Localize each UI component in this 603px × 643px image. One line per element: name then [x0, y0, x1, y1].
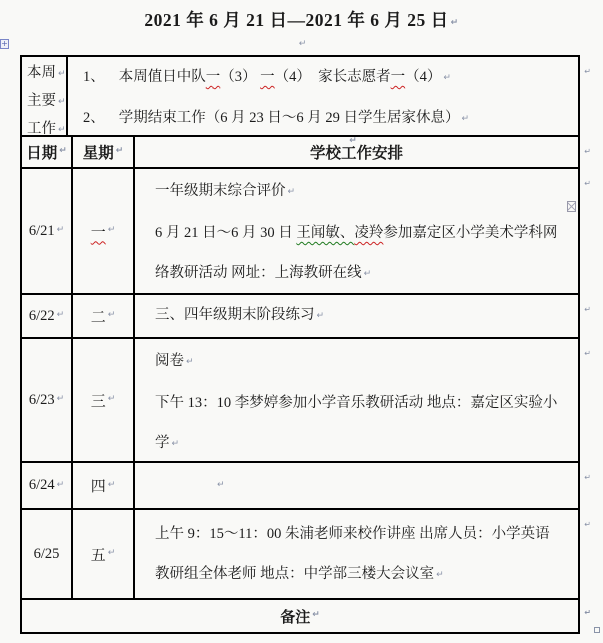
schedule-row-621: 6/21↵ 一↵ 一年级期末综合评价↵ 6 月 21 日～6 月 30 日 王闻… [22, 169, 578, 295]
summary-label-text: 工作 [27, 121, 56, 137]
content-line: 6 月 21 日～6 月 30 日 王闻敏、凌羚参加嘉定区小学美术学科网 [155, 213, 570, 253]
row-end-mark: ↵ [584, 520, 591, 529]
weekday-header-label: 星期 [83, 141, 114, 163]
weekday-value: 五 [91, 544, 106, 565]
list-number: 1、 [83, 69, 105, 85]
paragraph-mark: ↵ [186, 357, 194, 367]
content-text: 下午 13：10 李梦婷参加小学音乐教研活动 地点：嘉定区实验小 [155, 395, 557, 411]
paragraph-mark: ↵ [312, 610, 320, 620]
content-text: 三、四年级期末阶段练习 [155, 307, 315, 323]
date-value: 6/23 [29, 392, 55, 409]
paragraph-mark: ↵ [58, 69, 66, 79]
summary-label-text: 主要 [27, 93, 56, 109]
summary-item-2: 2、学期结束工作（6 月 23 日～6 月 29 日学生居家休息）↵ [83, 99, 572, 140]
content-line: 一年级期末综合评价↵ [155, 171, 570, 213]
empty-paragraph[interactable]: ↵ [0, 34, 603, 50]
schedule-row-625: 6/25 五↵ 上午 9：15～11：00 朱浦老师来校作讲座 出席人员：小学英… [22, 510, 578, 600]
paragraph-mark: ↵ [364, 269, 372, 279]
weekday-value: 三 [91, 390, 106, 411]
date-value: 6/22 [29, 308, 55, 325]
paragraph-mark: ↵ [57, 310, 65, 320]
paragraph-mark: ↵ [57, 394, 65, 404]
content-cell[interactable]: 三、四年级期末阶段练习↵ [135, 295, 578, 337]
paragraph-mark: ↵ [108, 310, 116, 320]
paragraph-mark: ↵ [58, 125, 66, 135]
row-end-mark: ↵ [584, 608, 591, 617]
date-cell[interactable]: 6/23↵ [22, 339, 73, 461]
content-line: 下午 13：10 李梦婷参加小学音乐教研活动 地点：嘉定区实验小 [155, 383, 570, 423]
row-end-mark: ↵ [584, 179, 591, 188]
content-line: 学↵ [155, 423, 570, 465]
list-number: 2、 [83, 110, 105, 126]
summary-row: 本周↵ 主要↵ 工作↵ 1、本周值日中队一（3） 一（4） 家长志愿者一（4）↵… [22, 57, 578, 137]
weekday-value: 二 [91, 306, 106, 327]
paragraph-mark: ↵ [57, 480, 65, 490]
schedule-row-622: 6/22↵ 二↵ 三、四年级期末阶段练习↵ ↵ [22, 295, 578, 339]
spellcheck-error-text: 一 [91, 221, 106, 242]
content-line: 络教研活动 网址：上海教研在线↵ [155, 253, 570, 295]
content-text: 上午 9：15～11：00 朱浦老师来校作讲座 出席人员：小学英语 [155, 526, 550, 542]
paragraph-mark: ↵ [462, 114, 470, 124]
row-end-mark: ↵ [584, 349, 591, 358]
paragraph-mark: ↵ [59, 146, 67, 156]
paragraph-mark: ↵ [108, 225, 116, 235]
summary-text: 本周值日中队 [119, 69, 206, 85]
summary-label-line: 本周↵ [27, 60, 66, 88]
spellcheck-error-text: 一 [260, 69, 275, 85]
date-value: 6/21 [29, 223, 55, 240]
spellcheck-error-text: 一 [206, 69, 221, 85]
content-text: 参加嘉定区小学美术学科网 [383, 225, 557, 241]
table-resize-handle[interactable] [594, 627, 600, 633]
summary-text: （4） [405, 69, 441, 85]
content-cell[interactable]: 一年级期末综合评价↵ 6 月 21 日～6 月 30 日 王闻敏、凌羚参加嘉定区… [135, 169, 578, 293]
paragraph-mark: ↵ [317, 311, 325, 321]
paragraph-mark: ↵ [108, 548, 116, 558]
weekday-value: 四 [91, 475, 106, 496]
object-anchor-box [567, 201, 576, 212]
paragraph-mark: ↵ [299, 39, 307, 49]
date-header-cell[interactable]: 日期↵ [22, 137, 73, 167]
date-cell[interactable]: 6/25 [22, 510, 73, 598]
footer-label: 备注 [280, 606, 310, 627]
weekday-header-cell[interactable]: 星期↵ [73, 137, 135, 167]
content-text: 一年级期末综合评价 [155, 183, 286, 199]
row-end-mark: ↵ [584, 305, 591, 314]
paragraph-mark: ↵ [108, 394, 116, 404]
summary-label-cell[interactable]: 本周↵ 主要↵ 工作↵ [22, 57, 68, 135]
grammar-error-text: 王闻敏、 [296, 225, 354, 241]
spellcheck-error-text: 一 [391, 69, 406, 85]
table-header-row: 日期↵ 星期↵ 学校工作安排↵ ↵ [22, 137, 578, 169]
content-cell[interactable]: 阅卷↵ 下午 13：10 李梦婷参加小学音乐教研活动 地点：嘉定区实验小 学↵ [135, 339, 578, 461]
content-text: 阅卷 [155, 353, 184, 369]
paragraph-mark: ↵ [443, 73, 451, 83]
content-cell[interactable]: ↵ [135, 463, 578, 508]
content-line: 上午 9：15～11：00 朱浦老师来校作讲座 出席人员：小学英语 [155, 514, 570, 554]
weekday-cell[interactable]: 五↵ [73, 510, 135, 598]
paragraph-mark: ↵ [288, 187, 296, 197]
date-cell[interactable]: 6/24↵ [22, 463, 73, 508]
schedule-row-624: 6/24↵ 四↵ ↵ ↵ [22, 463, 578, 510]
summary-text: （3） [220, 69, 260, 85]
content-text: 6 月 21 日～6 月 30 日 [155, 225, 296, 241]
summary-content-cell[interactable]: 1、本周值日中队一（3） 一（4） 家长志愿者一（4）↵ 2、学期结束工作（6 … [68, 57, 578, 135]
spellcheck-error-text: 凌羚 [354, 225, 383, 241]
date-cell[interactable]: 6/21↵ [22, 169, 73, 293]
date-header-label: 日期 [26, 141, 57, 163]
content-line: 三、四年级期末阶段练习↵ [155, 295, 324, 337]
paragraph-mark: ↵ [172, 439, 180, 449]
paragraph-mark: ↵ [57, 225, 65, 235]
row-end-mark: ↵ [584, 67, 591, 76]
content-text: 络教研活动 网址：上海教研在线 [155, 265, 362, 281]
doc-title-line: 2021 年 6 月 21 日—2021 年 6 月 25 日↵ [0, 7, 603, 32]
doc-title[interactable]: 2021 年 6 月 21 日—2021 年 6 月 25 日 [144, 10, 448, 30]
weekday-cell[interactable]: 三↵ [73, 339, 135, 461]
content-text: 学 [155, 435, 170, 451]
schedule-table: 本周↵ 主要↵ 工作↵ 1、本周值日中队一（3） 一（4） 家长志愿者一（4）↵… [20, 55, 580, 634]
summary-text: 学期结束工作（6 月 23 日～6 月 29 日学生居家休息） [119, 110, 460, 126]
weekday-cell[interactable]: 四↵ [73, 463, 135, 508]
content-line: 教研组全体老师 地点：中学部三楼大会议室↵ [155, 554, 570, 596]
row-end-mark: ↵ [584, 147, 591, 156]
content-line: 阅卷↵ [155, 341, 570, 383]
paragraph-mark: ↵ [436, 570, 444, 580]
word-document-page: { "colors":{ "squiggle_red":"#cc2222", "… [0, 0, 603, 643]
schedule-row-623: 6/23↵ 三↵ 阅卷↵ 下午 13：10 李梦婷参加小学音乐教研活动 地点：嘉… [22, 339, 578, 463]
weekday-cell[interactable]: 二↵ [73, 295, 135, 337]
paragraph-mark: ↵ [349, 136, 357, 146]
date-cell[interactable]: 6/22↵ [22, 295, 73, 337]
paragraph-mark: ↵ [108, 480, 116, 490]
plan-header-cell[interactable]: 学校工作安排↵ [135, 137, 578, 167]
paragraph-mark: ↵ [451, 18, 459, 28]
content-text: 教研组全体老师 地点：中学部三楼大会议室 [155, 566, 434, 582]
paragraph-mark: ↵ [58, 97, 66, 107]
paragraph-mark: ↵ [217, 480, 225, 490]
table-move-handle[interactable]: + [0, 39, 9, 49]
summary-label-line: 主要↵ [27, 88, 66, 116]
weekday-cell[interactable]: 一↵ [73, 169, 135, 293]
summary-text: （4） 家长志愿者 [275, 69, 391, 85]
paragraph-mark: ↵ [116, 146, 124, 156]
content-cell[interactable]: 上午 9：15～11：00 朱浦老师来校作讲座 出席人员：小学英语 教研组全体老… [135, 510, 578, 598]
date-value: 6/24 [29, 477, 55, 494]
date-value: 6/25 [34, 546, 60, 563]
summary-label-text: 本周 [27, 65, 56, 81]
footer-row[interactable]: 备注↵ ↵ [22, 600, 578, 632]
row-end-mark: ↵ [584, 473, 591, 482]
summary-item-1: 1、本周值日中队一（3） 一（4） 家长志愿者一（4）↵ [83, 58, 572, 99]
